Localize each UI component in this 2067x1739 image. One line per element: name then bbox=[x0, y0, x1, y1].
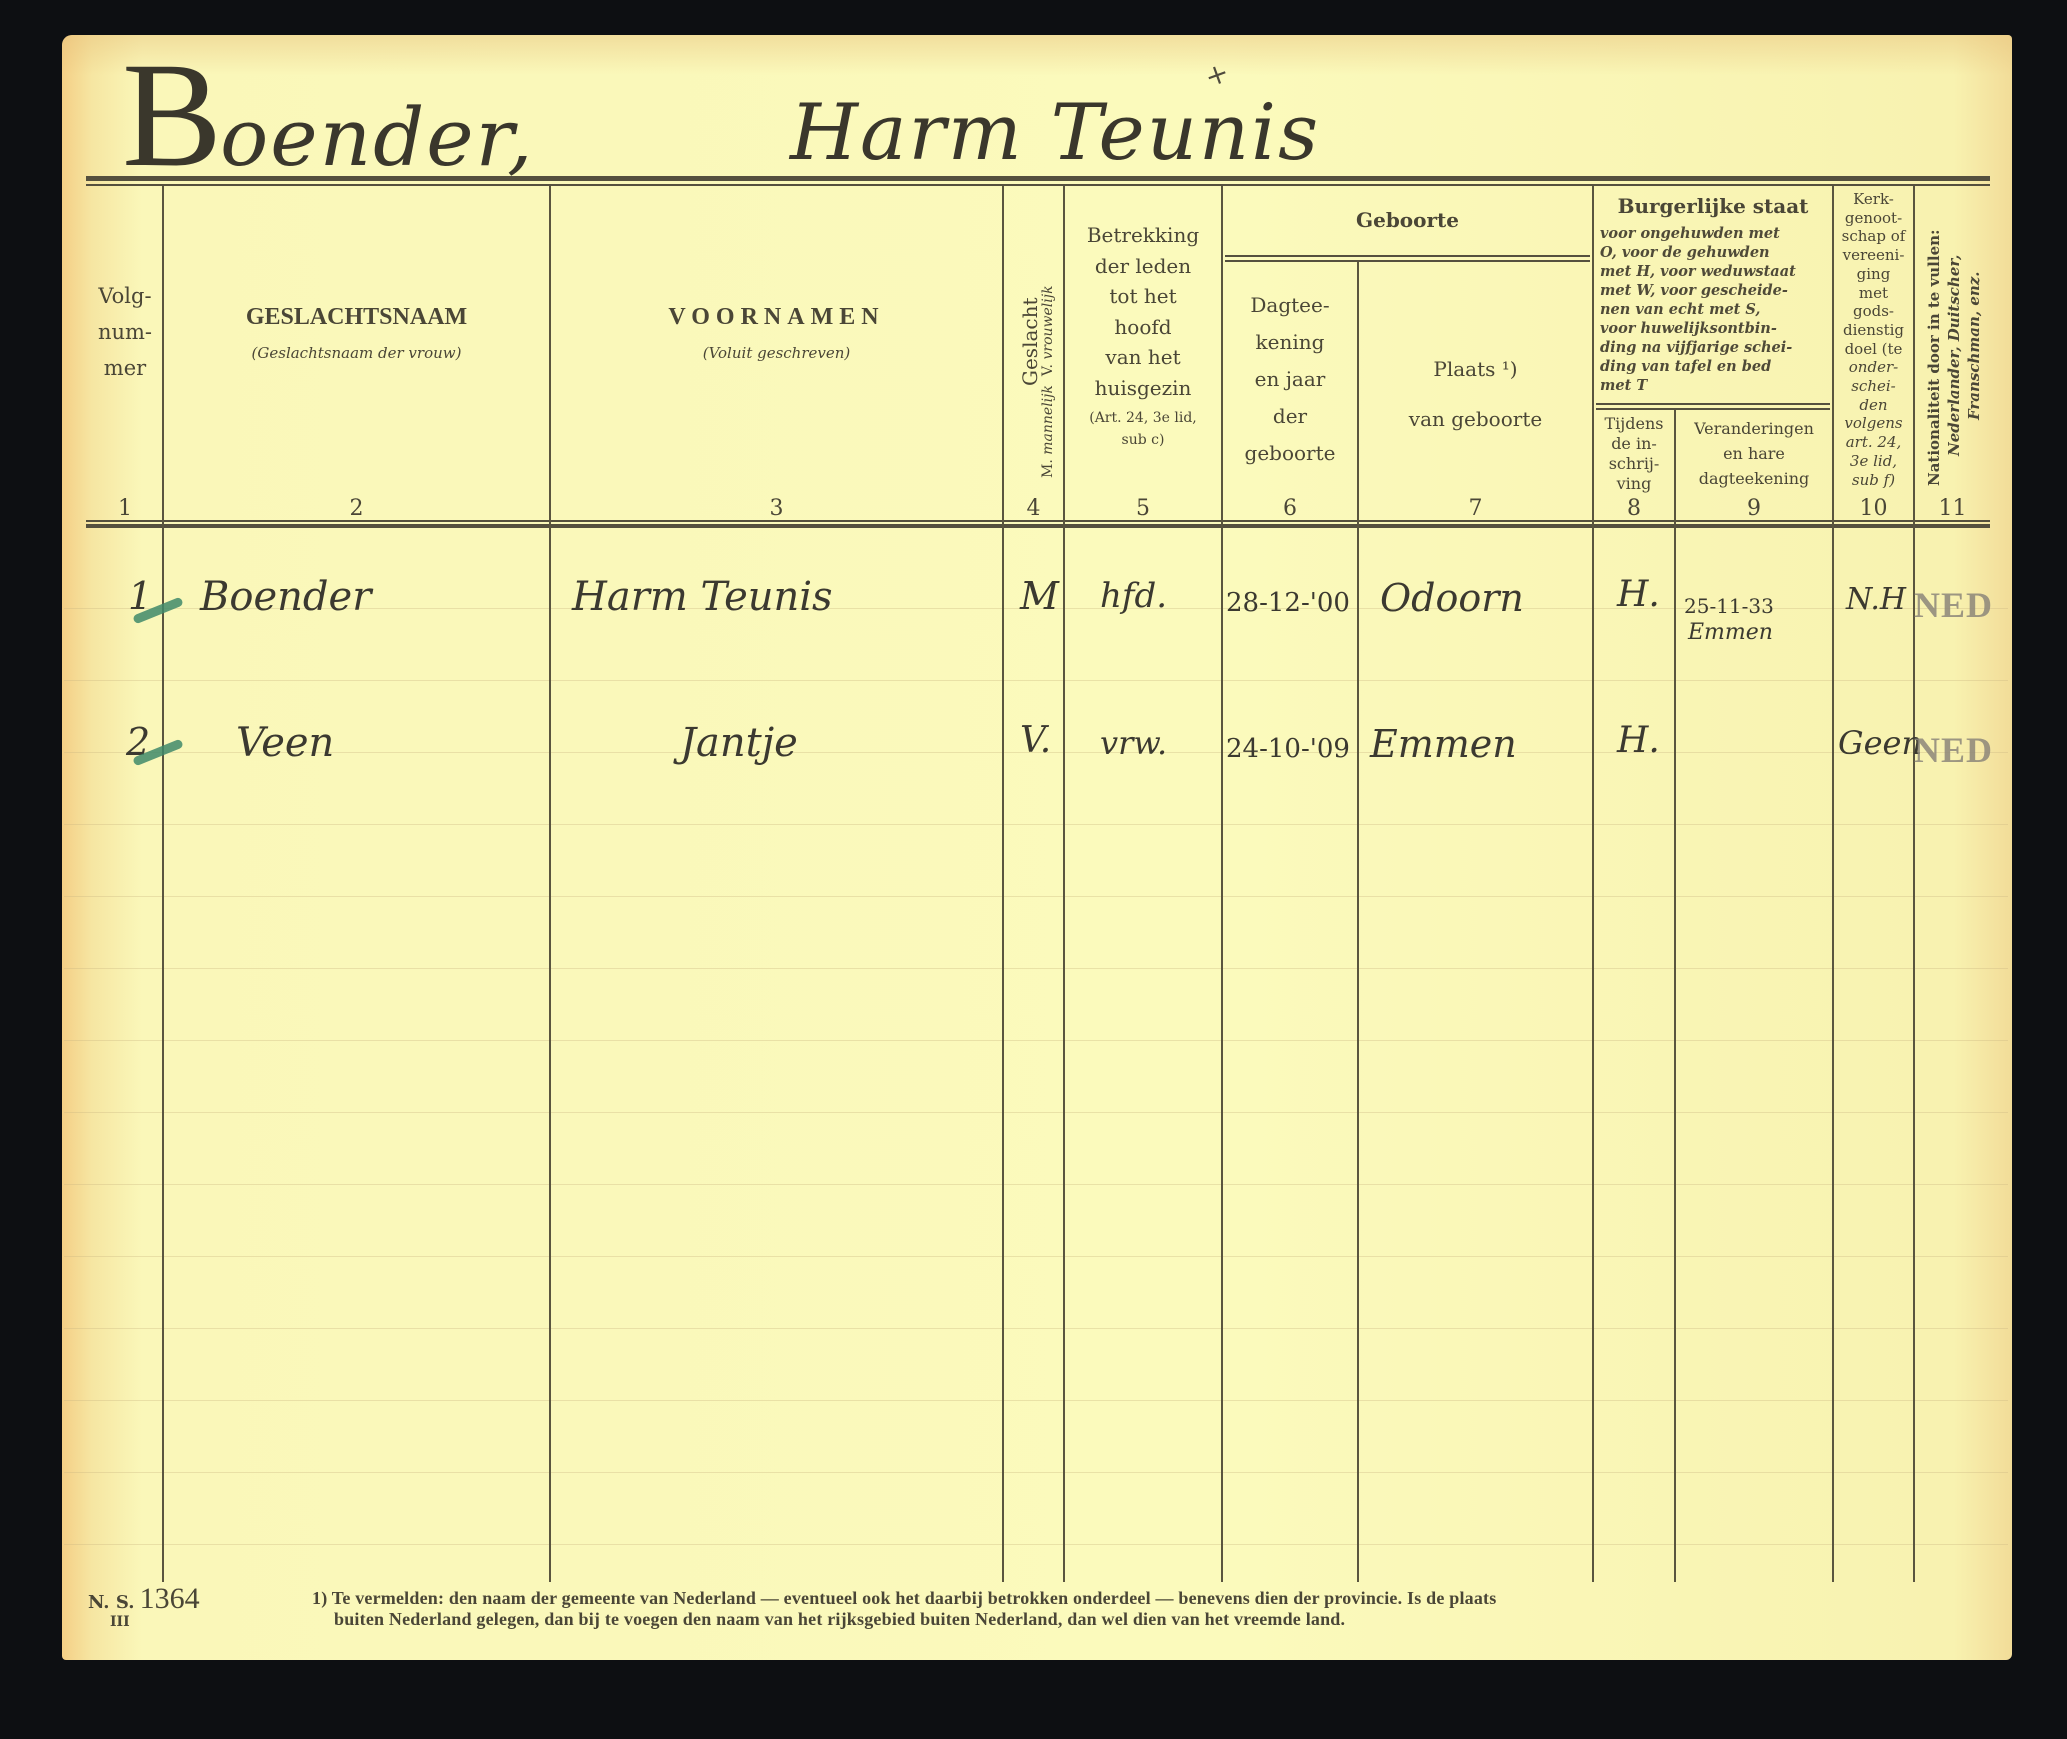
row-nationaliteit-stamp: NED bbox=[1914, 584, 1993, 626]
header-betrekking-sub: (Art. 24, 3e lid, bbox=[1065, 407, 1221, 429]
form-code: N. S. 1364 III bbox=[88, 1582, 200, 1630]
row-burgerlijke-staat: H. bbox=[1617, 720, 1660, 761]
card-surname-title: Boender, bbox=[122, 40, 535, 190]
form-number-prefix: N. S. bbox=[88, 1592, 134, 1613]
header-c9-line: Veranderingen bbox=[1676, 416, 1832, 441]
row-betrekking: vrw. bbox=[1100, 724, 1167, 762]
row-kerkgenootschap: N.H bbox=[1846, 582, 1906, 617]
card-given-names-title: Harm Teunis bbox=[790, 88, 1320, 178]
header-c10-line: art. 24, bbox=[1834, 433, 1913, 452]
title-rule-thick bbox=[86, 176, 1990, 181]
header-c8-line: de in- bbox=[1594, 434, 1674, 454]
header-nationaliteit-sub: Nederlander, Duitscher, bbox=[1945, 255, 1963, 456]
header-volgnummer-line: num- bbox=[88, 314, 162, 350]
ruled-line bbox=[64, 1256, 2008, 1257]
header-c10-line: dienstig bbox=[1834, 321, 1913, 340]
ruled-line bbox=[64, 896, 2008, 897]
header-betrekking-line: van het bbox=[1065, 342, 1221, 373]
column-number: 4 bbox=[1004, 496, 1063, 521]
row-veranderingen-datum: 25-11-33 bbox=[1684, 594, 1774, 618]
row-geboorteplaats: Emmen bbox=[1370, 722, 1517, 766]
header-c10-line: genoot- bbox=[1834, 209, 1913, 228]
header-nationaliteit: Nationaliteit door in te vullen: bbox=[1925, 229, 1943, 486]
header-geslacht-sub: M. mannelijk V. vrouwelijk bbox=[1040, 285, 1056, 478]
header-c10-line: gods- bbox=[1834, 302, 1913, 321]
bs-note-line: nen van echt met S, bbox=[1600, 300, 1828, 319]
column-number: 7 bbox=[1359, 496, 1592, 521]
row-betrekking: hfd. bbox=[1100, 576, 1167, 616]
row-geboortedatum: 24-10-'09 bbox=[1226, 734, 1350, 764]
header-volgnummer-line: Volg- bbox=[88, 278, 162, 314]
row-burgerlijke-staat: H. bbox=[1617, 574, 1660, 615]
header-geboortedatum-line: kening bbox=[1223, 324, 1357, 361]
header-geslacht-m: M. bbox=[1040, 459, 1056, 478]
header-geslacht-v: V. bbox=[1040, 364, 1056, 376]
ruled-line bbox=[64, 968, 2008, 969]
geboorte-rule bbox=[1225, 255, 1590, 257]
column-divider bbox=[1913, 186, 1915, 1582]
header-volgnummer-line: mer bbox=[88, 350, 162, 386]
header-geslacht-vrouwelijk: vrouwelijk bbox=[1040, 285, 1056, 359]
header-rule-thick bbox=[86, 524, 1990, 528]
burgerlijke-staat-note: voor ongehuwden met O, voor de gehuwden … bbox=[1600, 224, 1828, 395]
header-c9-line: en hare bbox=[1676, 441, 1832, 466]
ruled-line bbox=[64, 1040, 2008, 1041]
column-divider bbox=[1674, 408, 1676, 1582]
header-voornamen-sub: (Voluit geschreven) bbox=[551, 344, 1002, 363]
header-geboorteplaats-line: van geboorte bbox=[1359, 394, 1592, 444]
row-geslacht: M bbox=[1020, 574, 1059, 618]
column-divider bbox=[162, 186, 164, 1582]
row-veranderingen-plaats: Emmen bbox=[1688, 620, 1773, 645]
header-veranderingen: Veranderingen en hare dagteekening bbox=[1676, 416, 1832, 491]
ruled-line bbox=[64, 1328, 2008, 1329]
header-betrekking: Betrekking der leden tot het hoofd van h… bbox=[1065, 220, 1221, 451]
header-geboortedatum-line: der bbox=[1223, 398, 1357, 435]
header-c10-line: vereeni- bbox=[1834, 246, 1913, 265]
column-divider bbox=[1357, 262, 1359, 1582]
header-geboorteplaats: Plaats ¹) van geboorte bbox=[1359, 344, 1592, 444]
row-kerkgenootschap: Geen bbox=[1838, 724, 1922, 762]
header-c8-line: ving bbox=[1594, 474, 1674, 494]
column-number: 5 bbox=[1065, 496, 1221, 521]
header-geslachtsnaam-sub: (Geslachtsnaam der vrouw) bbox=[164, 344, 549, 363]
ruled-line bbox=[64, 824, 2008, 825]
header-c8-line: schrij- bbox=[1594, 454, 1674, 474]
bs-note-line: O, voor de gehuwden bbox=[1600, 243, 1828, 262]
header-c10-line: onder- bbox=[1834, 358, 1913, 377]
ruled-line bbox=[64, 1184, 2008, 1185]
row-geslachtsnaam: Boender bbox=[200, 574, 371, 620]
header-voornamen-title: VOORNAMEN bbox=[551, 302, 1002, 332]
burgerlijke-staat-rule bbox=[1596, 408, 1830, 410]
title-rule-thin bbox=[86, 184, 1990, 186]
column-number: 3 bbox=[551, 496, 1002, 521]
footnote-line: buiten Nederland gelegen, dan bij te voe… bbox=[312, 1609, 1812, 1630]
row-geboortedatum: 28-12-'00 bbox=[1226, 588, 1350, 618]
surname-initial: B bbox=[122, 32, 220, 198]
column-divider bbox=[549, 186, 551, 1582]
header-geboortedatum-line: en jaar bbox=[1223, 361, 1357, 398]
column-number: 8 bbox=[1594, 496, 1674, 521]
header-geboortedatum: Dagtee- kening en jaar der geboorte bbox=[1223, 287, 1357, 472]
column-divider bbox=[1592, 186, 1594, 1582]
header-c10-line: met bbox=[1834, 284, 1913, 303]
geboorte-rule bbox=[1225, 260, 1590, 262]
bs-note-line: ding van tafel en bed bbox=[1600, 357, 1828, 376]
header-c10-line: schei- bbox=[1834, 377, 1913, 396]
row-geboorteplaats: Odoorn bbox=[1380, 576, 1524, 620]
bs-note-line: met T bbox=[1600, 376, 1828, 395]
header-betrekking-line: Betrekking bbox=[1065, 220, 1221, 251]
header-geslachtsnaam-title: GESLACHTSNAAM bbox=[164, 302, 549, 332]
header-betrekking-line: hoofd bbox=[1065, 312, 1221, 343]
column-number: 6 bbox=[1223, 496, 1357, 521]
bs-note-line: voor huwelijksontbin- bbox=[1600, 319, 1828, 338]
column-number: 1 bbox=[88, 496, 162, 521]
header-geslachtsnaam: GESLACHTSNAAM (Geslachtsnaam der vrouw) bbox=[164, 302, 549, 363]
header-geboorteplaats-line: Plaats ¹) bbox=[1359, 344, 1592, 394]
header-nationaliteit-sub: Franschman, enz. bbox=[1965, 271, 1983, 420]
header-c10-line: schap of bbox=[1834, 227, 1913, 246]
header-geslacht: Geslacht bbox=[1018, 297, 1042, 386]
header-betrekking-line: huisgezin bbox=[1065, 373, 1221, 404]
header-voornamen: VOORNAMEN (Voluit geschreven) bbox=[551, 302, 1002, 363]
bs-note-line: ding na vijfjarige schei- bbox=[1600, 338, 1828, 357]
header-betrekking-sub: sub c) bbox=[1065, 429, 1221, 451]
header-betrekking-line: tot het bbox=[1065, 281, 1221, 312]
form-series: III bbox=[110, 1614, 200, 1630]
bs-note-line: voor ongehuwden met bbox=[1600, 224, 1828, 243]
header-geslacht-mannelijk: mannelijk bbox=[1040, 385, 1056, 455]
header-c9-line: dagteekening bbox=[1676, 466, 1832, 491]
column-divider bbox=[1002, 186, 1004, 1582]
column-number: 9 bbox=[1676, 496, 1832, 521]
column-number: 11 bbox=[1915, 496, 1990, 521]
ruled-line bbox=[64, 1112, 2008, 1113]
header-c10-line: ging bbox=[1834, 265, 1913, 284]
footnote: 1) Te vermelden: den naam der gemeente v… bbox=[312, 1588, 1812, 1629]
header-c10-line: Kerk- bbox=[1834, 190, 1913, 209]
bs-note-line: met H, voor weduwstaat bbox=[1600, 262, 1828, 281]
header-c8-line: Tijdens bbox=[1594, 414, 1674, 434]
header-geboortedatum-line: Dagtee- bbox=[1223, 287, 1357, 324]
row-geslachtsnaam: Veen bbox=[236, 720, 334, 766]
header-volgnummer: Volg- num- mer bbox=[88, 278, 162, 386]
column-number: 10 bbox=[1834, 496, 1913, 521]
ruled-line bbox=[64, 1544, 2008, 1545]
header-group-geboorte: Geboorte bbox=[1223, 208, 1592, 233]
burgerlijke-staat-rule bbox=[1596, 403, 1830, 405]
surname-rest: oender, bbox=[220, 91, 534, 184]
row-nationaliteit-stamp: NED bbox=[1914, 729, 1993, 771]
header-c10-line: den bbox=[1834, 396, 1913, 415]
ruled-line bbox=[64, 1472, 2008, 1473]
header-c10-line: sub f) bbox=[1834, 471, 1913, 490]
header-c10-line: 3e lid, bbox=[1834, 452, 1913, 471]
row-voornamen: Jantje bbox=[680, 720, 798, 766]
row-voornamen: Harm Teunis bbox=[572, 574, 833, 620]
ruled-line bbox=[64, 1400, 2008, 1401]
header-kerkgenootschap: Kerk- genoot- schap of vereeni- ging met… bbox=[1834, 190, 1913, 489]
header-geboortedatum-line: geboorte bbox=[1223, 435, 1357, 472]
bs-note-line: met W, voor gescheide- bbox=[1600, 281, 1828, 300]
form-number: 1364 bbox=[140, 1582, 200, 1615]
header-group-burgerlijke-staat: Burgerlijke staat bbox=[1594, 194, 1832, 219]
ruled-line bbox=[64, 680, 2008, 681]
header-c10-line: volgens bbox=[1834, 414, 1913, 433]
column-number: 2 bbox=[164, 496, 549, 521]
header-tijdens-inschrijving: Tijdens de in- schrij- ving bbox=[1594, 414, 1674, 494]
row-geslacht: V. bbox=[1020, 720, 1051, 761]
header-c10-line: doel (te bbox=[1834, 340, 1913, 359]
footnote-line: 1) Te vermelden: den naam der gemeente v… bbox=[312, 1588, 1812, 1609]
header-betrekking-line: der leden bbox=[1065, 251, 1221, 282]
